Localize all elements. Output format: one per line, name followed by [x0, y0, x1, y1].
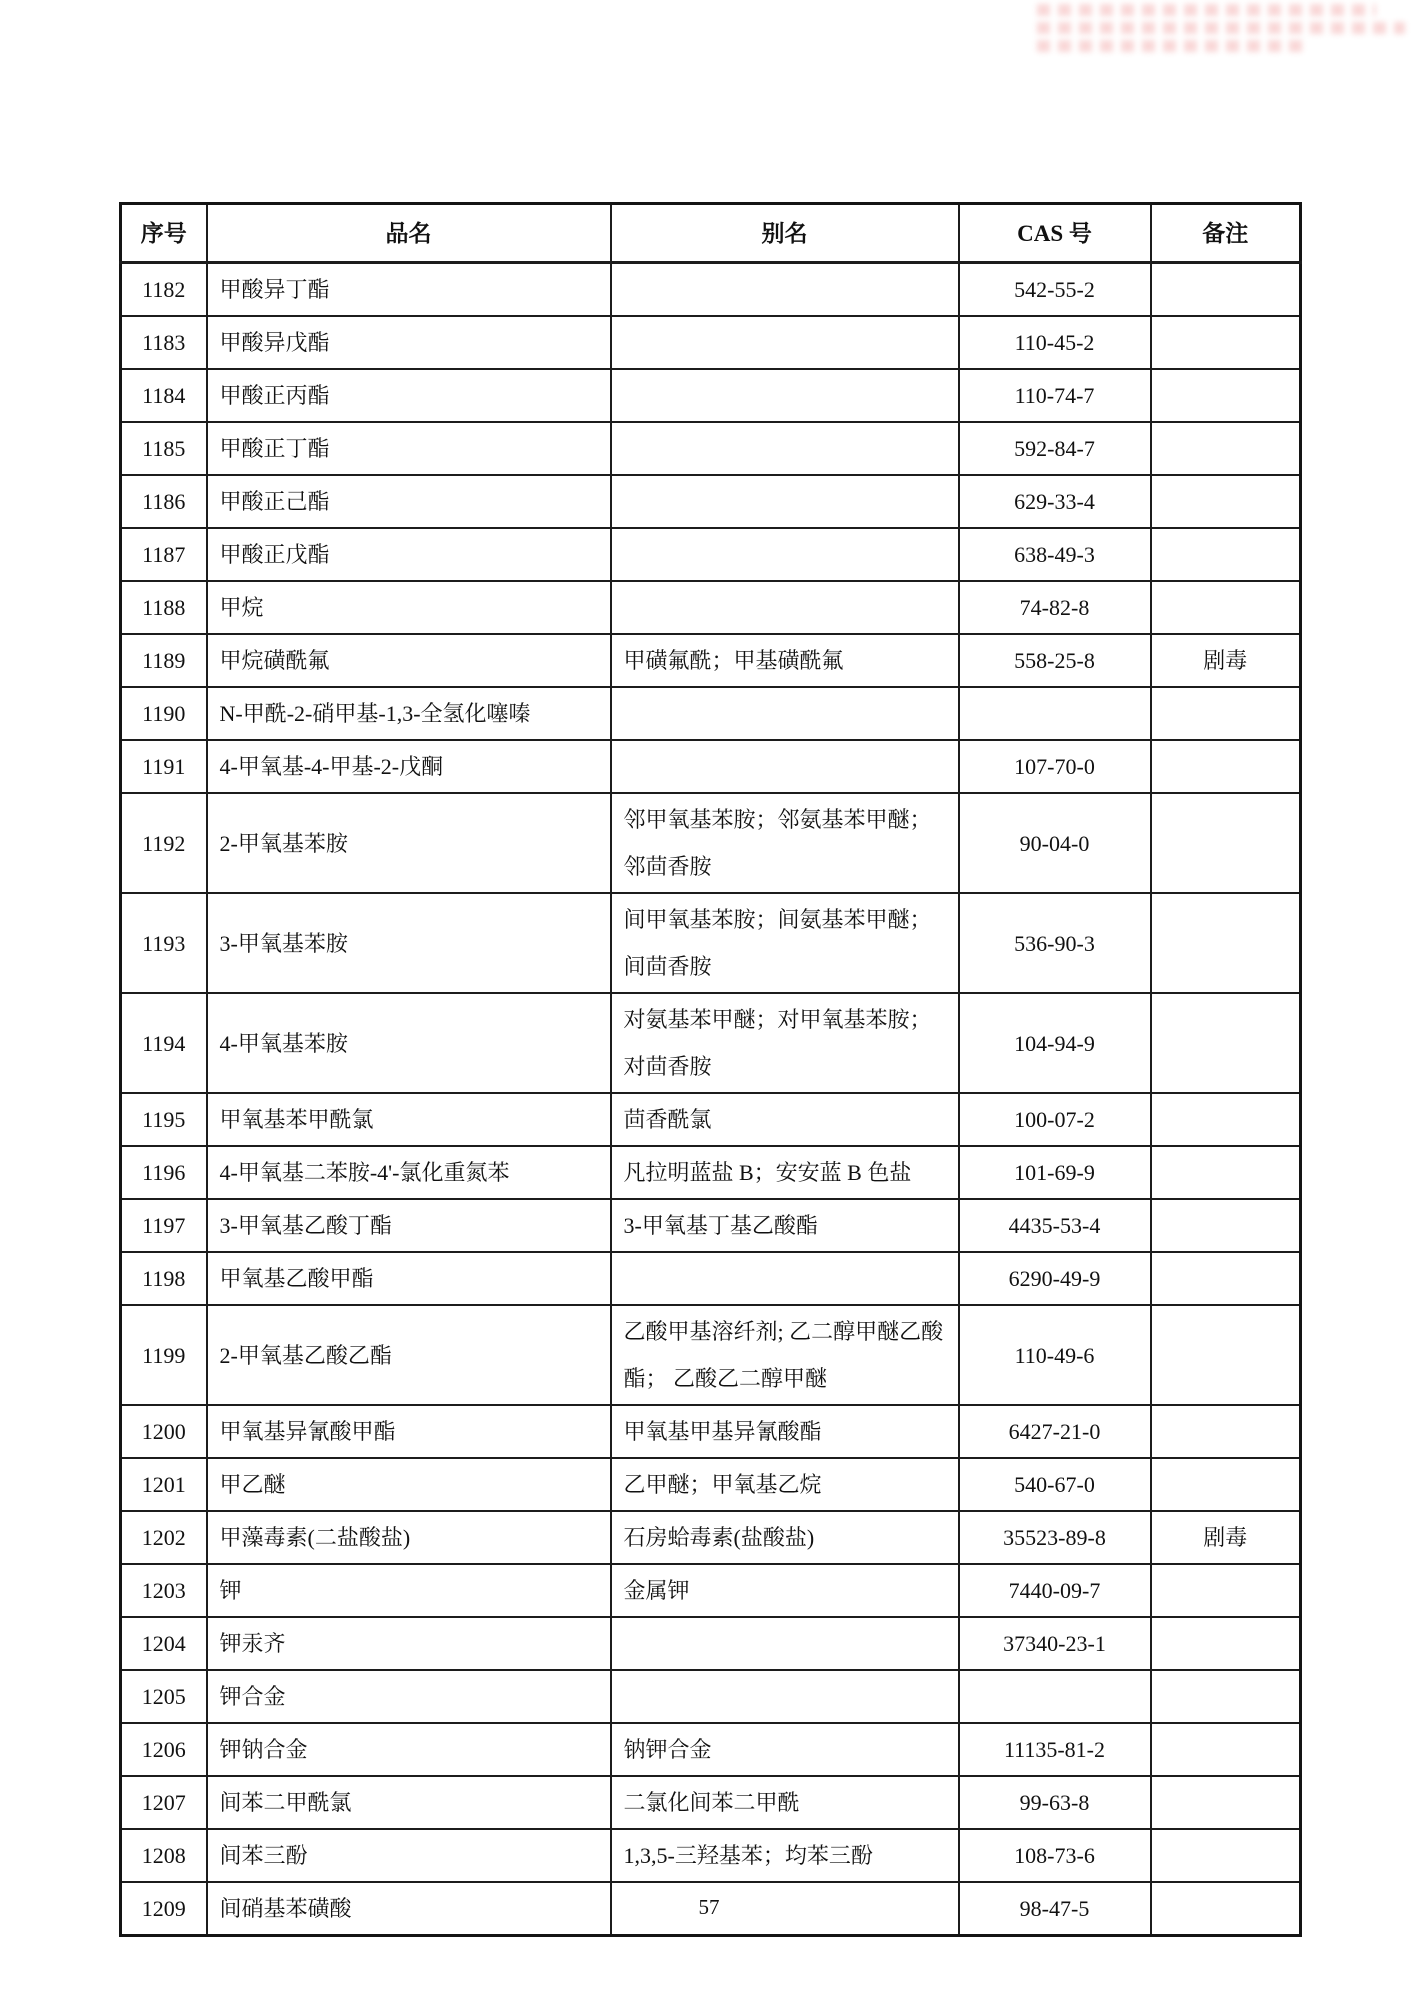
cell-alias: 对氨基苯甲醚；对甲氧基苯胺；对茴香胺: [611, 993, 959, 1093]
cell-cas: 74-82-8: [959, 581, 1151, 634]
cell-remark: [1151, 1670, 1301, 1723]
table-row: 1206钾钠合金钠钾合金11135-81-2: [121, 1723, 1301, 1776]
table-row: 1208间苯三酚1,3,5-三羟基苯；均苯三酚108-73-6: [121, 1829, 1301, 1882]
page-number: 57: [119, 1895, 1299, 1920]
table-row: 1203钾金属钾7440-09-7: [121, 1564, 1301, 1617]
cell-cas: [959, 1670, 1151, 1723]
cell-alias: 乙甲醚；甲氧基乙烷: [611, 1458, 959, 1511]
cell-remark: [1151, 1776, 1301, 1829]
cell-cas: 558-25-8: [959, 634, 1151, 687]
cell-alias: 二氯化间苯二甲酰: [611, 1776, 959, 1829]
cell-remark: [1151, 1564, 1301, 1617]
cell-alias: [611, 1252, 959, 1305]
document-page: 序号 品名 别名 CAS 号 备注 1182甲酸异丁酯542-55-21183甲…: [0, 0, 1413, 2000]
header-index: 序号: [121, 204, 207, 263]
cell-alias: 邻甲氧基苯胺；邻氨基苯甲醚；邻茴香胺: [611, 793, 959, 893]
cell-name: 甲酸异丁酯: [207, 263, 611, 317]
cell-alias: 甲氧基甲基异氰酸酯: [611, 1405, 959, 1458]
cell-remark: [1151, 793, 1301, 893]
table-row: 1188甲烷74-82-8: [121, 581, 1301, 634]
cell-name: 2-甲氧基苯胺: [207, 793, 611, 893]
cell-alias: 间甲氧基苯胺；间氨基苯甲醚；间茴香胺: [611, 893, 959, 993]
cell-alias: [611, 1617, 959, 1670]
cell-name: 钾: [207, 1564, 611, 1617]
table-row: 11914-甲氧基-4-甲基-2-戊酮107-70-0: [121, 740, 1301, 793]
cell-cas: 7440-09-7: [959, 1564, 1151, 1617]
cell-cas: 542-55-2: [959, 263, 1151, 317]
cell-alias: 金属钾: [611, 1564, 959, 1617]
cell-cas: 629-33-4: [959, 475, 1151, 528]
cell-remark: [1151, 1723, 1301, 1776]
cell-remark: [1151, 316, 1301, 369]
cell-index: 1203: [121, 1564, 207, 1617]
cell-remark: [1151, 369, 1301, 422]
cell-index: 1206: [121, 1723, 207, 1776]
table-row: 1189甲烷磺酰氟甲磺氟酰；甲基磺酰氟558-25-8剧毒: [121, 634, 1301, 687]
cell-alias: [611, 263, 959, 317]
cell-name: 4-甲氧基-4-甲基-2-戊酮: [207, 740, 611, 793]
cell-remark: [1151, 740, 1301, 793]
cell-alias: [611, 1670, 959, 1723]
cell-index: 1192: [121, 793, 207, 893]
table-row: 11964-甲氧基二苯胺-4'-氯化重氮苯凡拉明蓝盐 B；安安蓝 B 色盐101…: [121, 1146, 1301, 1199]
cell-cas: 592-84-7: [959, 422, 1151, 475]
cell-remark: [1151, 475, 1301, 528]
cell-name: 甲酸正丙酯: [207, 369, 611, 422]
cell-index: 1185: [121, 422, 207, 475]
cell-remark: [1151, 581, 1301, 634]
cell-index: 1196: [121, 1146, 207, 1199]
table-row: 1185甲酸正丁酯592-84-7: [121, 422, 1301, 475]
cell-name: 甲藻毒素(二盐酸盐): [207, 1511, 611, 1564]
table-row: 1183甲酸异戊酯110-45-2: [121, 316, 1301, 369]
cell-remark: [1151, 1199, 1301, 1252]
table-row: 1207间苯二甲酰氯二氯化间苯二甲酰99-63-8: [121, 1776, 1301, 1829]
table-row: 11973-甲氧基乙酸丁酯3-甲氧基丁基乙酸酯4435-53-4: [121, 1199, 1301, 1252]
cell-index: 1197: [121, 1199, 207, 1252]
cell-name: 甲乙醚: [207, 1458, 611, 1511]
cell-remark: [1151, 1146, 1301, 1199]
cell-name: N-甲酰-2-硝甲基-1,3-全氢化噻嗪: [207, 687, 611, 740]
table-row: 1195甲氧基苯甲酰氯茴香酰氯100-07-2: [121, 1093, 1301, 1146]
header-name: 品名: [207, 204, 611, 263]
cell-index: 1202: [121, 1511, 207, 1564]
cell-cas: 110-49-6: [959, 1305, 1151, 1405]
cell-remark: [1151, 422, 1301, 475]
cell-alias: [611, 422, 959, 475]
cell-cas: 108-73-6: [959, 1829, 1151, 1882]
red-watermark-blur: [1037, 4, 1405, 60]
cell-remark: [1151, 1405, 1301, 1458]
cell-alias: 3-甲氧基丁基乙酸酯: [611, 1199, 959, 1252]
cell-cas: 101-69-9: [959, 1146, 1151, 1199]
cell-remark: [1151, 1305, 1301, 1405]
cell-remark: [1151, 263, 1301, 317]
table-row: 1182甲酸异丁酯542-55-2: [121, 263, 1301, 317]
cell-name: 甲酸异戊酯: [207, 316, 611, 369]
cell-index: 1207: [121, 1776, 207, 1829]
cell-index: 1208: [121, 1829, 207, 1882]
cell-index: 1205: [121, 1670, 207, 1723]
table-row: 1202甲藻毒素(二盐酸盐)石房蛤毒素(盐酸盐)35523-89-8剧毒: [121, 1511, 1301, 1564]
cell-cas: 107-70-0: [959, 740, 1151, 793]
cell-alias: 茴香酰氯: [611, 1093, 959, 1146]
cell-remark: [1151, 687, 1301, 740]
cell-index: 1183: [121, 316, 207, 369]
cell-index: 1190: [121, 687, 207, 740]
table-header-row: 序号 品名 别名 CAS 号 备注: [121, 204, 1301, 263]
cell-name: 钾合金: [207, 1670, 611, 1723]
cell-name: 甲酸正戊酯: [207, 528, 611, 581]
cell-name: 钾汞齐: [207, 1617, 611, 1670]
cell-name: 甲氧基异氰酸甲酯: [207, 1405, 611, 1458]
cell-cas: 110-45-2: [959, 316, 1151, 369]
cell-remark: 剧毒: [1151, 634, 1301, 687]
cell-remark: 剧毒: [1151, 1511, 1301, 1564]
cell-index: 1191: [121, 740, 207, 793]
cell-alias: 凡拉明蓝盐 B；安安蓝 B 色盐: [611, 1146, 959, 1199]
cell-cas: 90-04-0: [959, 793, 1151, 893]
cell-index: 1199: [121, 1305, 207, 1405]
cell-alias: [611, 475, 959, 528]
cell-alias: [611, 687, 959, 740]
cell-name: 甲烷磺酰氟: [207, 634, 611, 687]
cell-name: 甲氧基苯甲酰氯: [207, 1093, 611, 1146]
cell-cas: 35523-89-8: [959, 1511, 1151, 1564]
cell-name: 3-甲氧基苯胺: [207, 893, 611, 993]
cell-name: 2-甲氧基乙酸乙酯: [207, 1305, 611, 1405]
table-row: 1187甲酸正戊酯638-49-3: [121, 528, 1301, 581]
cell-remark: [1151, 1093, 1301, 1146]
cell-name: 4-甲氧基二苯胺-4'-氯化重氮苯: [207, 1146, 611, 1199]
cell-cas: 100-07-2: [959, 1093, 1151, 1146]
table-row: 1205钾合金: [121, 1670, 1301, 1723]
cell-remark: [1151, 993, 1301, 1093]
cell-alias: 石房蛤毒素(盐酸盐): [611, 1511, 959, 1564]
cell-remark: [1151, 1829, 1301, 1882]
cell-index: 1182: [121, 263, 207, 317]
cell-remark: [1151, 528, 1301, 581]
table-row: 1190N-甲酰-2-硝甲基-1,3-全氢化噻嗪: [121, 687, 1301, 740]
cell-name: 3-甲氧基乙酸丁酯: [207, 1199, 611, 1252]
cell-cas: 11135-81-2: [959, 1723, 1151, 1776]
cell-name: 间苯三酚: [207, 1829, 611, 1882]
cell-alias: 1,3,5-三羟基苯；均苯三酚: [611, 1829, 959, 1882]
cell-name: 4-甲氧基苯胺: [207, 993, 611, 1093]
table-row: 11933-甲氧基苯胺间甲氧基苯胺；间氨基苯甲醚；间茴香胺536-90-3: [121, 893, 1301, 993]
table-row: 1200甲氧基异氰酸甲酯甲氧基甲基异氰酸酯6427-21-0: [121, 1405, 1301, 1458]
table-row: 1186甲酸正己酯629-33-4: [121, 475, 1301, 528]
cell-alias: [611, 581, 959, 634]
cell-cas: 4435-53-4: [959, 1199, 1151, 1252]
cell-index: 1186: [121, 475, 207, 528]
header-cas: CAS 号: [959, 204, 1151, 263]
chemical-list-table: 序号 品名 别名 CAS 号 备注 1182甲酸异丁酯542-55-21183甲…: [119, 202, 1302, 1937]
cell-name: 间苯二甲酰氯: [207, 1776, 611, 1829]
cell-cas: 6290-49-9: [959, 1252, 1151, 1305]
cell-index: 1194: [121, 993, 207, 1093]
cell-index: 1193: [121, 893, 207, 993]
cell-name: 钾钠合金: [207, 1723, 611, 1776]
header-alias: 别名: [611, 204, 959, 263]
cell-alias: 钠钾合金: [611, 1723, 959, 1776]
cell-remark: [1151, 1617, 1301, 1670]
cell-index: 1189: [121, 634, 207, 687]
cell-name: 甲氧基乙酸甲酯: [207, 1252, 611, 1305]
cell-index: 1188: [121, 581, 207, 634]
cell-cas: 37340-23-1: [959, 1617, 1151, 1670]
cell-alias: [611, 316, 959, 369]
cell-name: 甲烷: [207, 581, 611, 634]
cell-index: 1198: [121, 1252, 207, 1305]
cell-index: 1195: [121, 1093, 207, 1146]
cell-alias: [611, 528, 959, 581]
cell-cas: 536-90-3: [959, 893, 1151, 993]
table-row: 11922-甲氧基苯胺邻甲氧基苯胺；邻氨基苯甲醚；邻茴香胺90-04-0: [121, 793, 1301, 893]
cell-cas: 638-49-3: [959, 528, 1151, 581]
header-remark: 备注: [1151, 204, 1301, 263]
cell-remark: [1151, 1458, 1301, 1511]
cell-index: 1187: [121, 528, 207, 581]
table-row: 11944-甲氧基苯胺对氨基苯甲醚；对甲氧基苯胺；对茴香胺104-94-9: [121, 993, 1301, 1093]
cell-alias: [611, 369, 959, 422]
table-row: 1198甲氧基乙酸甲酯6290-49-9: [121, 1252, 1301, 1305]
cell-index: 1201: [121, 1458, 207, 1511]
table-row: 1201甲乙醚乙甲醚；甲氧基乙烷540-67-0: [121, 1458, 1301, 1511]
table-row: 1204钾汞齐37340-23-1: [121, 1617, 1301, 1670]
cell-name: 甲酸正丁酯: [207, 422, 611, 475]
table-row: 1184甲酸正丙酯110-74-7: [121, 369, 1301, 422]
cell-remark: [1151, 893, 1301, 993]
cell-index: 1184: [121, 369, 207, 422]
cell-index: 1204: [121, 1617, 207, 1670]
cell-cas: 6427-21-0: [959, 1405, 1151, 1458]
cell-alias: 甲磺氟酰；甲基磺酰氟: [611, 634, 959, 687]
cell-alias: 乙酸甲基溶纤剂; 乙二醇甲醚乙酸酯； 乙酸乙二醇甲醚: [611, 1305, 959, 1405]
cell-index: 1200: [121, 1405, 207, 1458]
table-body: 1182甲酸异丁酯542-55-21183甲酸异戊酯110-45-21184甲酸…: [121, 263, 1301, 1936]
cell-cas: [959, 687, 1151, 740]
table-row: 11992-甲氧基乙酸乙酯乙酸甲基溶纤剂; 乙二醇甲醚乙酸酯； 乙酸乙二醇甲醚1…: [121, 1305, 1301, 1405]
cell-remark: [1151, 1252, 1301, 1305]
cell-cas: 540-67-0: [959, 1458, 1151, 1511]
cell-cas: 110-74-7: [959, 369, 1151, 422]
cell-alias: [611, 740, 959, 793]
cell-cas: 99-63-8: [959, 1776, 1151, 1829]
cell-cas: 104-94-9: [959, 993, 1151, 1093]
cell-name: 甲酸正己酯: [207, 475, 611, 528]
